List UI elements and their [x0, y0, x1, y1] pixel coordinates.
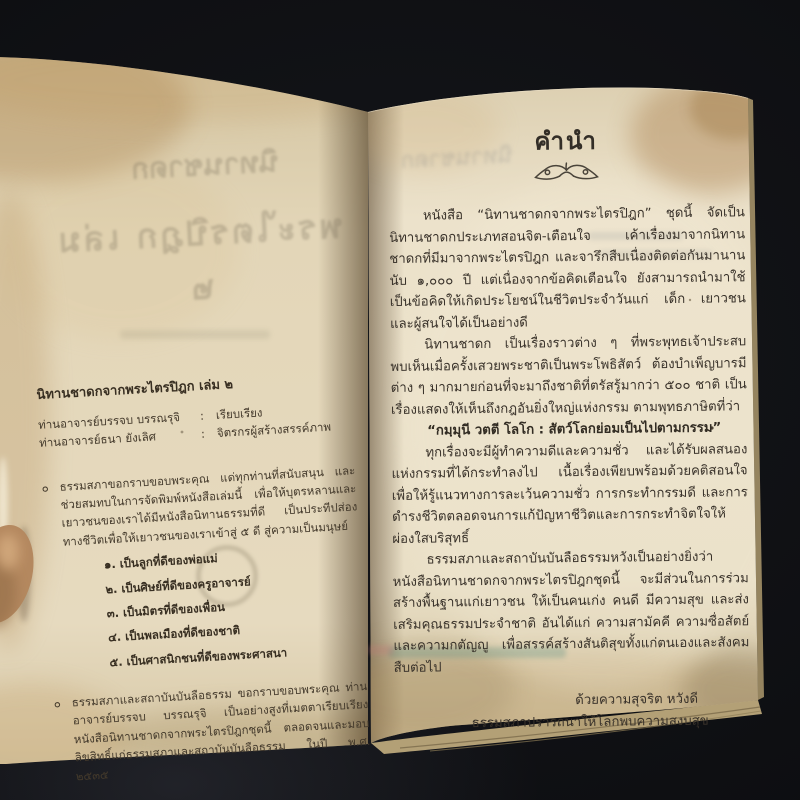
copyright-paragraph: ๐ ธรรมสภาและสถาบันบันลือธรรม ขอกราบขอบพร…	[53, 677, 372, 786]
left-page-content: นิทานชาดกจากพระไตรปิฎก เล่ม ๒ ท่านอาจารย…	[36, 368, 372, 786]
ornament-flourish-icon	[533, 161, 599, 184]
acknowledgement-paragraph: ๐ ธรรมสภาขอกราบขอบพระคุณ แด่ทุกท่านที่สน…	[41, 461, 359, 552]
right-page-content: คำนำ หนังสือ “นิทานชาดกจากพระไตรปิฎก” ชุ…	[388, 124, 750, 735]
five-goods-list: ๑. เป็นลูกที่ดีของพ่อแม่ ๒. เป็นศิษย์ที่…	[104, 541, 366, 671]
signoff-line-2: ธรรมสภาปรารถนาให้โลกพบความสงบสุข	[394, 710, 750, 735]
acknowledgement-text: ธรรมสภาขอกราบขอบพระคุณ แด่ทุกท่านที่สนับ…	[59, 461, 359, 551]
preface-heading: คำนำ	[388, 124, 744, 158]
signoff-line-1: ด้วยความสุจริต หวังดี	[394, 688, 750, 713]
credit-colon: :	[188, 424, 217, 444]
preface-paragraph-4: ธรรมสภาและสถาบันบันลือธรรมหวังเป็นอย่างย…	[392, 546, 749, 679]
preface-paragraph-1: หนังสือ “นิทานชาดกจากพระไตรปิฎก” ชุดนี้ …	[389, 202, 746, 335]
preface-paragraph-2: นิทานชาดก เป็นเรื่องราวต่าง ๆ ที่พระพุทธ…	[390, 331, 747, 421]
copyright-text: ธรรมสภาและสถาบันบันลือธรรม ขอกราบขอบพระค…	[71, 677, 372, 785]
preface-paragraph-3: ทุกเรื่องจะมีผู้ทำความดีและความชั่ว และไ…	[391, 439, 748, 550]
book-photo: นิทานชาดก พระไตรปิฎก เล่ม ๒ นิทานชาดก นิ…	[0, 0, 800, 800]
credit-colon: :	[187, 406, 216, 426]
pali-proverb-quote: “กมฺมุนี วตตี โลโก : สัตว์โลกย่อมเป็นไปต…	[391, 417, 747, 442]
credits: ท่านอาจารย์บรรจบ บรรณรุจิ : เรียบเรียง ท…	[38, 398, 354, 452]
